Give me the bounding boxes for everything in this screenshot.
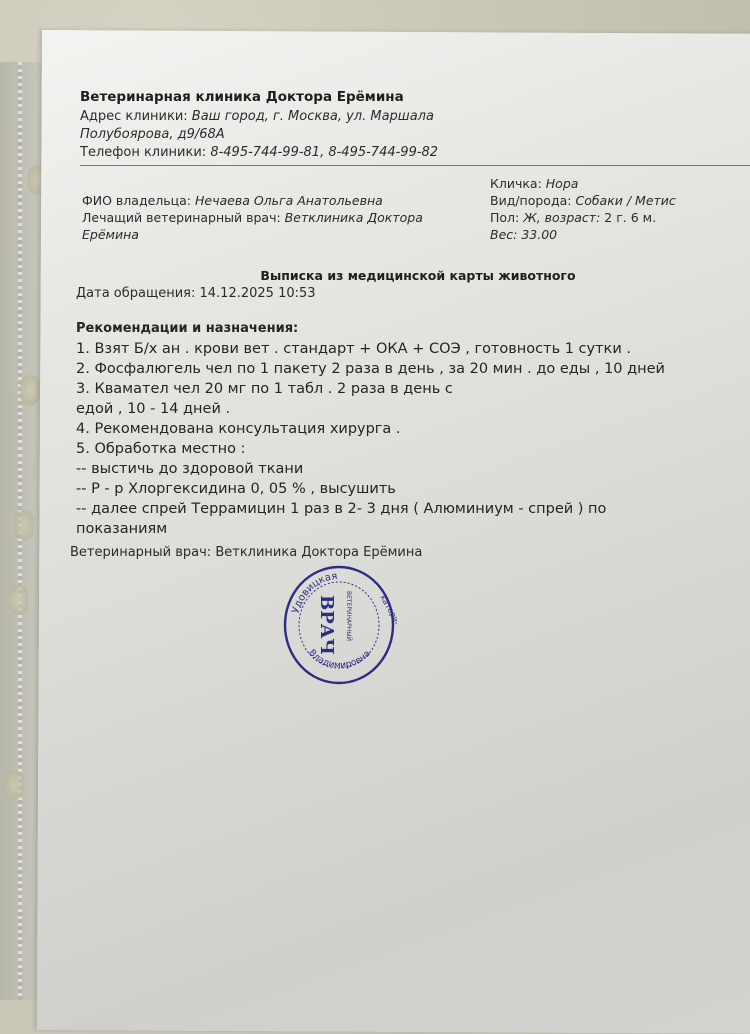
- doctor-value-line2: Ерёмина: [82, 226, 432, 243]
- recommendation-line: -- далее спрей Террамицин 1 раз в 2- 3 д…: [76, 499, 750, 519]
- patient-name-label: Кличка:: [490, 176, 542, 191]
- recommendations-list: 1. Взят Б/х ан . крови вет . стандарт + …: [76, 339, 750, 539]
- stamp-inner-small: ВЕТЕРИНАРНЫЙ: [345, 591, 352, 641]
- doctor-stamp: Удовицкая Владимировна катерина ВРАЧ ВЕТ…: [281, 563, 397, 687]
- binder-hole: [4, 770, 24, 800]
- recommendation-line: 1. Взят Б/х ан . крови вет . стандарт + …: [76, 339, 750, 359]
- recommendation-line: едой , 10 - 14 дней .: [76, 399, 750, 419]
- owner-info: ФИО владельца: Нечаева Ольга Анатольевна…: [82, 192, 432, 243]
- clinic-phone: Телефон клиники: 8-495-744-99-81, 8-495-…: [80, 144, 750, 162]
- patient-breed-row: Вид/порода: Собаки / Метис: [490, 192, 750, 209]
- owner-value: Нечаева Ольга Анатольевна: [195, 193, 383, 208]
- patient-breed-value: Собаки / Метис: [575, 193, 675, 208]
- stamp-inner-big: ВРАЧ: [316, 595, 337, 655]
- patient-age-value: 2 г. 6 м.: [604, 210, 656, 225]
- doctor-value-line1: Ветклиника Доктора: [285, 210, 423, 225]
- document-title: Выписка из медицинской карты животного: [0, 268, 750, 283]
- doctor-label: Лечащий ветеринарный врач:: [82, 210, 281, 225]
- patient-sex-label: Пол:: [490, 210, 519, 225]
- address-label: Адрес клиники:: [80, 109, 188, 124]
- patient-info: Кличка: Нора Вид/порода: Собаки / Метис …: [490, 175, 750, 243]
- binder-hole: [14, 510, 34, 540]
- recommendation-line: 5. Обработка местно :: [76, 439, 750, 459]
- binder-hole: [20, 375, 40, 405]
- patient-sex-age-row: Пол: Ж, возраст: 2 г. 6 м.: [490, 209, 750, 226]
- recommendation-line: 4. Рекомендована консультация хирурга .: [76, 419, 750, 439]
- recommendation-line: 2. Фосфалюгель чел по 1 пакету 2 раза в …: [76, 359, 750, 379]
- patient-weight-value: 33.00: [521, 227, 557, 242]
- binder-hole: [8, 585, 28, 615]
- address-value-line1: Ваш город, г. Москва, ул. Маршала: [192, 109, 434, 124]
- stamp-right-arc: катерина: [378, 594, 397, 633]
- owner-row: ФИО владельца: Нечаева Ольга Анатольевна: [82, 192, 432, 209]
- patient-name-value: Нора: [546, 176, 579, 191]
- visit-date: Дата обращения: 14.12.2025 10:53: [76, 286, 316, 301]
- patient-age-label: возраст:: [545, 210, 601, 225]
- signature-line: Ветеринарный врач: Ветклиника Доктора Ер…: [70, 545, 422, 560]
- recommendation-line: -- Р - р Хлоргексидина 0, 05 % , высушит…: [76, 479, 750, 499]
- clinic-header: Ветеринарная клиника Доктора Ерёмина Адр…: [80, 88, 750, 162]
- recommendation-line: 3. Квамател чел 20 мг по 1 табл . 2 раза…: [76, 379, 750, 399]
- patient-weight-label: Вес:: [490, 227, 517, 242]
- patient-name-row: Кличка: Нора: [490, 175, 750, 192]
- phone-label: Телефон клиники:: [80, 145, 206, 160]
- owner-label: ФИО владельца:: [82, 193, 191, 208]
- patient-sex-value: Ж,: [523, 210, 540, 225]
- recommendation-line: показаниям: [76, 519, 750, 539]
- phone-value: 8-495-744-99-81, 8-495-744-99-82: [210, 145, 438, 160]
- recommendations: Рекомендации и назначения: 1. Взят Б/х а…: [76, 319, 750, 539]
- clinic-address: Адрес клиники: Ваш город, г. Москва, ул.…: [80, 108, 750, 126]
- doctor-row: Лечащий ветеринарный врач: Ветклиника До…: [82, 209, 432, 226]
- address-value-line2: Полубоярова, д9/68А: [80, 126, 750, 144]
- header-divider: [80, 165, 750, 166]
- patient-weight-row: Вес: 33.00: [490, 226, 750, 243]
- clinic-name: Ветеринарная клиника Доктора Ерёмина: [80, 88, 750, 106]
- recommendation-line: -- выстичь до здоровой ткани: [76, 459, 750, 479]
- patient-breed-label: Вид/порода:: [490, 193, 571, 208]
- recommendations-heading: Рекомендации и назначения:: [76, 319, 750, 339]
